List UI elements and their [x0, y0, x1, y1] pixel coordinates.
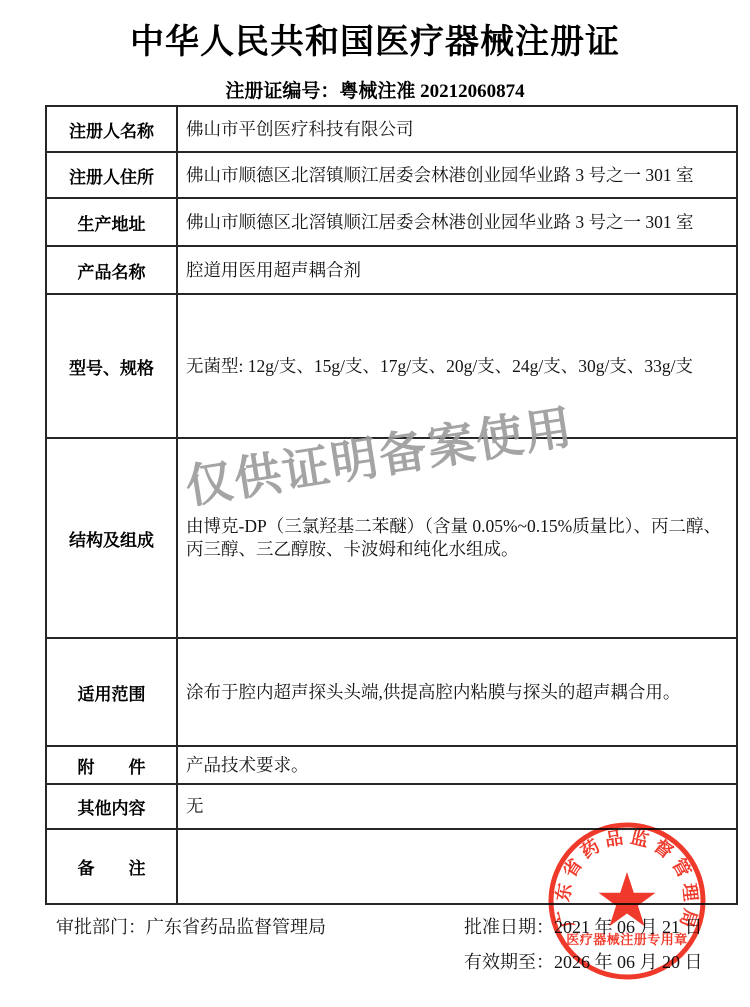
row-label: 产品名称	[46, 246, 177, 294]
approval-date-label: 批准日期：	[464, 917, 554, 937]
row-label: 附 件	[46, 746, 177, 784]
table-row: 适用范围 涂布于腔内超声探头头端,供提高腔内粘膜与探头的超声耦合用。	[46, 638, 737, 746]
row-value: 无菌型: 12g/支、15g/支、17g/支、20g/支、24g/支、30g/支…	[177, 294, 737, 438]
seal-bottom-text: 医疗器械注册专用章	[566, 932, 688, 947]
seal-star-icon	[599, 872, 656, 926]
row-value: 产品技术要求。	[177, 746, 737, 784]
official-seal: 广东省药品监督管理局 医疗器械注册专用章	[542, 816, 712, 986]
table-row: 注册人住所 佛山市顺德区北滘镇顺江居委会林港创业园华业路 3 号之一 301 室	[46, 152, 737, 198]
cert-number-label: 注册证编号：	[225, 81, 339, 102]
row-label: 型号、规格	[46, 294, 177, 438]
row-label: 注册人名称	[46, 106, 177, 152]
row-label: 生产地址	[46, 198, 177, 246]
approval-department-value: 广东省药品监督管理局	[146, 917, 326, 937]
row-label: 备 注	[46, 829, 177, 904]
table-row: 生产地址 佛山市顺德区北滘镇顺江居委会林港创业园华业路 3 号之一 301 室	[46, 198, 737, 246]
row-value: 佛山市顺德区北滘镇顺江居委会林港创业园华业路 3 号之一 301 室	[177, 198, 737, 246]
row-value: 佛山市平创医疗科技有限公司	[177, 106, 737, 152]
row-label: 其他内容	[46, 784, 177, 829]
row-label: 结构及组成	[46, 438, 177, 638]
table-row: 产品名称 腔道用医用超声耦合剂	[46, 246, 737, 294]
approval-department-label: 审批部门：	[56, 917, 146, 937]
approval-department: 审批部门：广东省药品监督管理局	[56, 913, 326, 939]
cert-number-value: 粤械注准 20212060874	[339, 81, 524, 102]
valid-until-label: 有效期至：	[464, 952, 554, 972]
page-title: 中华人民共和国医疗器械注册证	[0, 14, 750, 63]
row-value: 涂布于腔内超声探头头端,供提高腔内粘膜与探头的超声耦合用。	[177, 638, 737, 746]
certificate-table: 注册人名称 佛山市平创医疗科技有限公司 注册人住所 佛山市顺德区北滘镇顺江居委会…	[45, 105, 738, 905]
certificate-page: 中华人民共和国医疗器械注册证 注册证编号：粤械注准 20212060874 注册…	[0, 0, 750, 1007]
table-row: 型号、规格 无菌型: 12g/支、15g/支、17g/支、20g/支、24g/支…	[46, 294, 737, 438]
row-label: 适用范围	[46, 638, 177, 746]
table-row: 附 件 产品技术要求。	[46, 746, 737, 784]
row-value: 由博克-DP（三氯羟基二苯醚）（含量 0.05%~0.15%质量比）、丙二醇、丙…	[177, 438, 737, 638]
table-row: 注册人名称 佛山市平创医疗科技有限公司	[46, 106, 737, 152]
table-row: 结构及组成 由博克-DP（三氯羟基二苯醚）（含量 0.05%~0.15%质量比）…	[46, 438, 737, 638]
cert-number-line: 注册证编号：粤械注准 20212060874	[0, 76, 750, 103]
row-value: 腔道用医用超声耦合剂	[177, 246, 737, 294]
row-value: 佛山市顺德区北滘镇顺江居委会林港创业园华业路 3 号之一 301 室	[177, 152, 737, 198]
row-label: 注册人住所	[46, 152, 177, 198]
